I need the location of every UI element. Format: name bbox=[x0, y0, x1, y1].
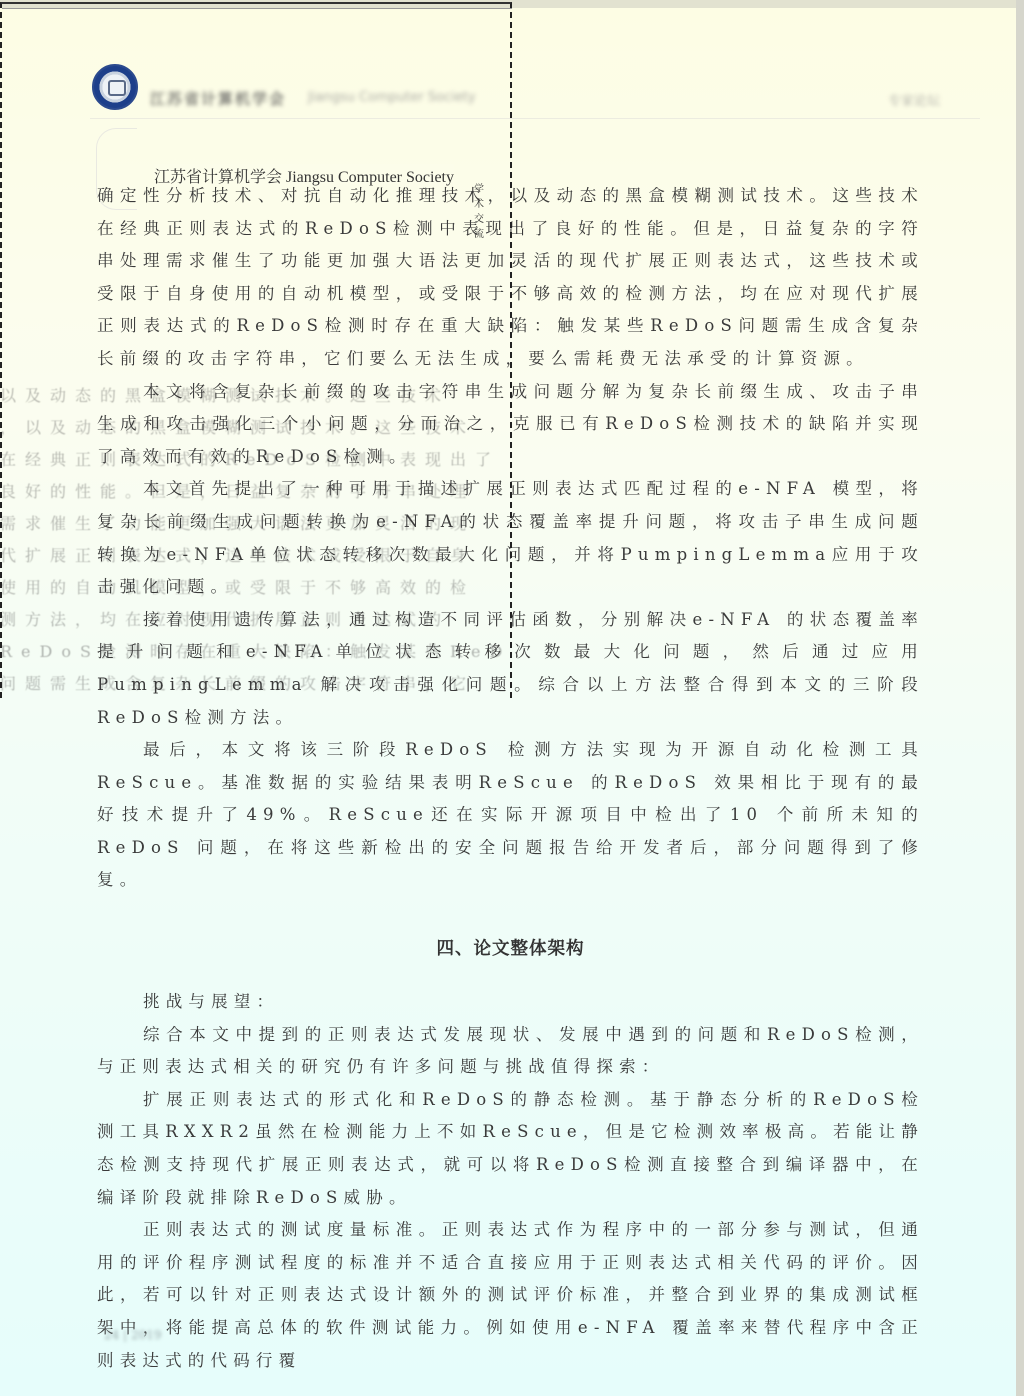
section-heading: 四、论文整体架构 bbox=[97, 935, 924, 960]
right-scan-edge bbox=[1016, 0, 1024, 1396]
paragraph-static-detection: 扩展正则表达式的形式化和ReDoS的静态检测。基于静态分析的ReDoS检测工具R… bbox=[97, 1084, 924, 1214]
watermark-text: 江苏省计算机学会 Jiangsu Computer Society bbox=[154, 169, 454, 186]
society-watermark: 江苏省计算机学会 Jiangsu Computer Society 学术交流 bbox=[154, 164, 454, 187]
paragraph-challenges-label: 挑战与展望： bbox=[97, 986, 924, 1019]
paragraph-challenges-summary: 综合本文中提到的正则表达式发展现状、发展中遇到的问题和ReDoS检测，与正则表达… bbox=[97, 1019, 924, 1084]
screenshot-selection-region[interactable] bbox=[0, 2, 512, 698]
paragraph-rescue-results: 最后，本文将该三阶段ReDoS 检测方法实现为开源自动化检测工具ReScue。基… bbox=[97, 734, 924, 897]
watermark-subtext: 学术交流 bbox=[474, 180, 484, 240]
paragraph-test-metrics: 正则表达式的测试度量标准。正则表达式作为程序中的一部分参与测试，但通用的评价程序… bbox=[97, 1214, 924, 1377]
header-section-label: 专家论坛 bbox=[888, 90, 940, 109]
page-number: 24 | 2019 bbox=[104, 1328, 161, 1342]
